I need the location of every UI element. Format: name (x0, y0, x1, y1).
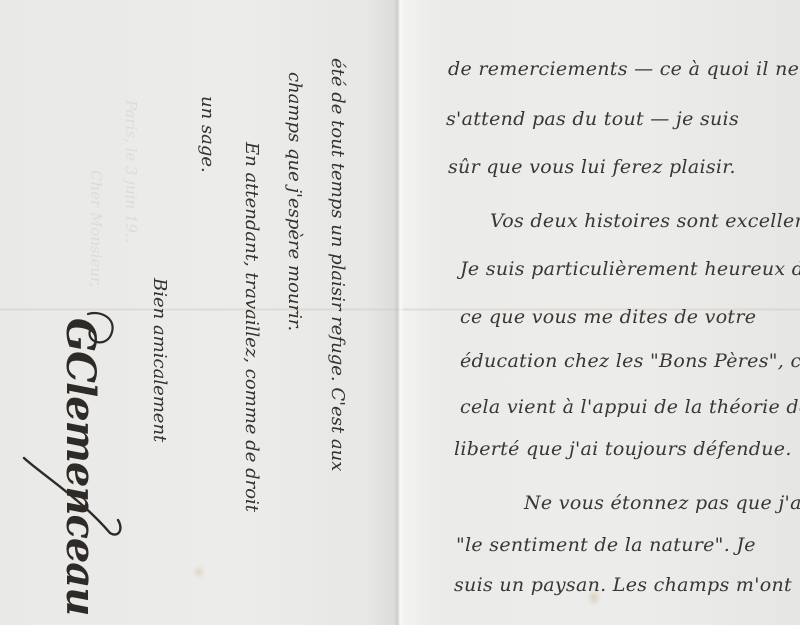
left-page-line: été de tout temps un plaisir refuge. C'e… (327, 58, 348, 471)
right-page-line: "le sentiment de la nature". Je (456, 534, 756, 556)
left-page-line: un sage. (197, 96, 218, 173)
signature: GClemenceau (57, 318, 104, 615)
right-page-line: éducation chez les "Bons Pères", car (460, 350, 800, 372)
right-page-line: sûr que vous lui ferez plaisir. (448, 156, 736, 178)
page-gutter (394, 0, 404, 625)
right-page: de remerciements — ce à quoi il ne s'att… (404, 0, 800, 625)
left-page-line: Bien amicalement (149, 278, 170, 442)
right-page-line: Vos deux histoires sont excellentes. (490, 210, 800, 232)
right-page-line: liberté que j'ai toujours défendue. (454, 438, 792, 460)
right-page-line: Je suis particulièrement heureux de (460, 258, 800, 280)
left-page: été de tout temps un plaisir refuge. C'e… (0, 0, 394, 625)
left-page-line: En attendant, travaillez, comme de droit (241, 142, 262, 512)
letter-scan: Paris, le 3 juin 19.. Cher Monsieur, été… (0, 0, 800, 625)
right-page-line: suis un paysan. Les champs m'ont (454, 574, 792, 596)
right-page-line: de remerciements — ce à quoi il ne (448, 58, 799, 80)
right-page-line: ce que vous me dites de votre (460, 306, 756, 328)
right-page-line: cela vient à l'appui de la théorie de (460, 396, 800, 418)
right-page-line: s'attend pas du tout — je suis (446, 108, 739, 130)
left-page-line: champs que j'espère mourir. (284, 72, 305, 331)
right-page-line: Ne vous étonnez pas que j'aie (524, 492, 800, 514)
